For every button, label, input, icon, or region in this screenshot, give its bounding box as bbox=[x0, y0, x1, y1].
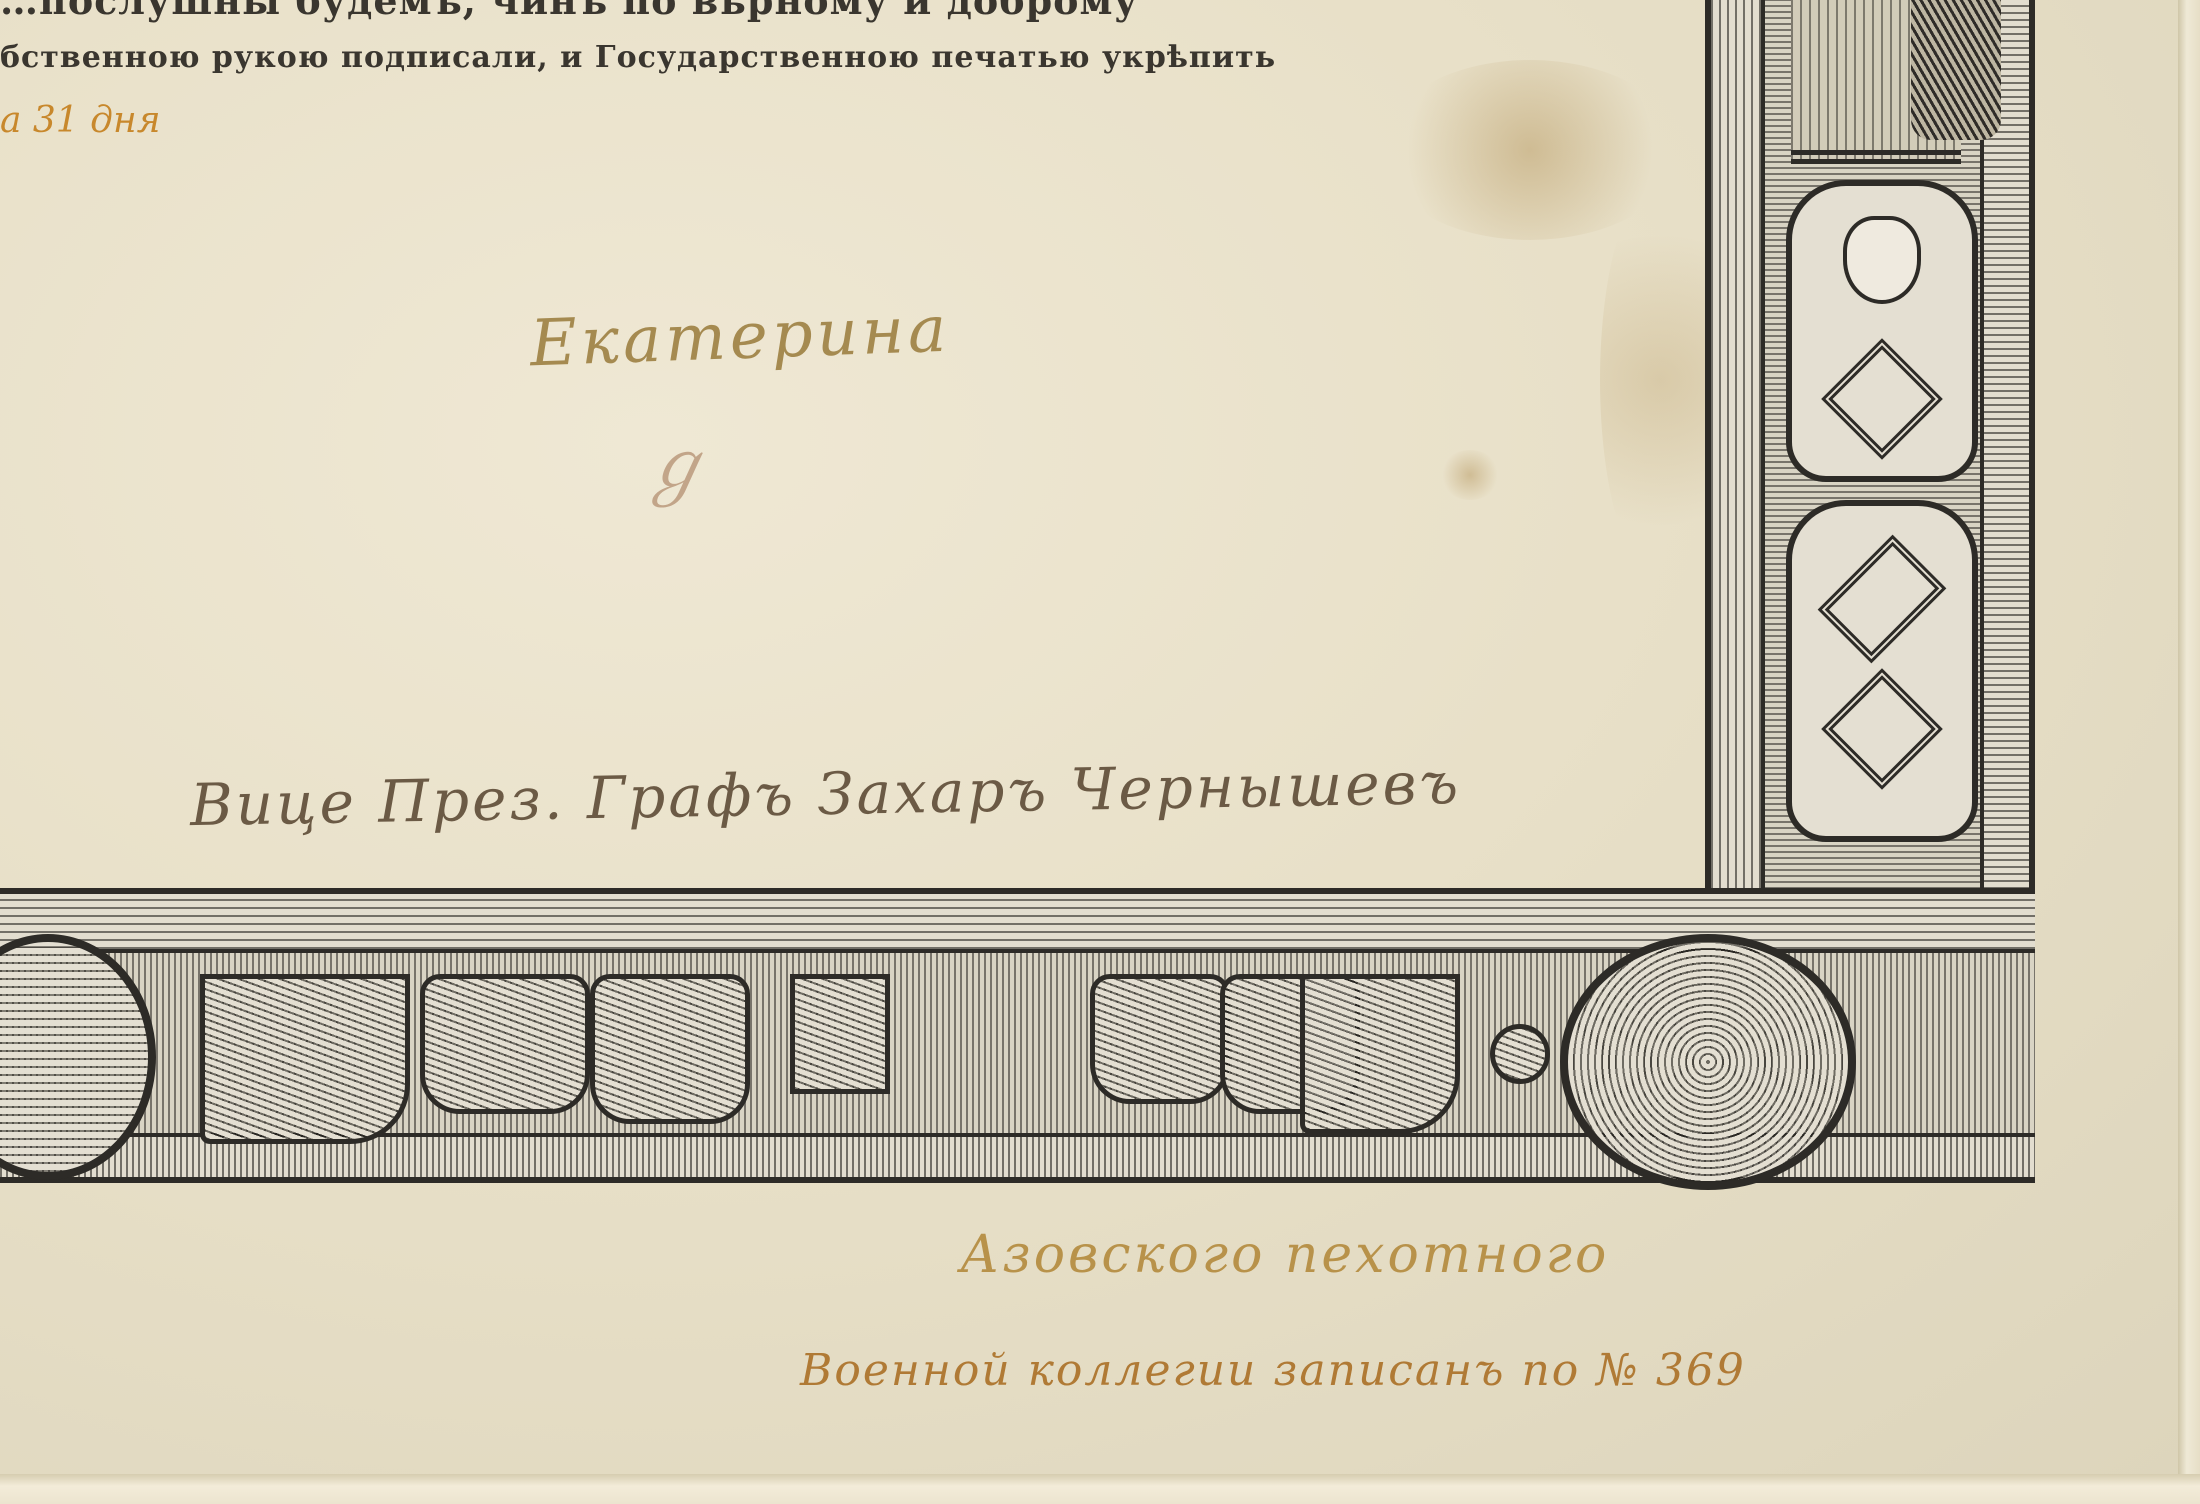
foxing-stain bbox=[1440, 450, 1500, 500]
drum-icon bbox=[590, 974, 750, 1124]
drum-icon bbox=[420, 974, 590, 1114]
printed-text-line-1: …послушны будемъ, чинъ по вѣрному и добр… bbox=[0, 0, 1139, 23]
flag-trophy-icon bbox=[1300, 974, 1460, 1134]
frame-edge-right bbox=[2178, 0, 2200, 1504]
interlace-knot-icon bbox=[1821, 338, 1943, 460]
handwritten-date: а 31 дня bbox=[0, 100, 161, 141]
empress-signature: Екатерина bbox=[529, 293, 951, 382]
monogram-icon bbox=[1818, 535, 1947, 664]
canteen-icon bbox=[790, 974, 890, 1094]
foxing-stain bbox=[1600, 180, 1720, 580]
printed-text-line-2: бственною рукою подписали, и Государстве… bbox=[0, 40, 1276, 75]
regiment-note: Азовского пехотного bbox=[960, 1225, 1609, 1285]
border-niche bbox=[1791, 0, 1961, 164]
registry-note: Военной коллегии записанъ по № 369 bbox=[800, 1345, 1746, 1396]
flag-trophy-icon bbox=[200, 974, 410, 1144]
interlace-knot-icon bbox=[1821, 668, 1943, 790]
helmet-medallion bbox=[1560, 934, 1856, 1190]
monogram-cartouche bbox=[1786, 500, 1978, 842]
count-signature: Вице През. Графъ Захаръ Чернышевъ bbox=[190, 749, 1462, 839]
bearded-mask-icon bbox=[1843, 216, 1921, 304]
signature-paraph: ℊ bbox=[640, 410, 710, 511]
parchment-document: …послушны будемъ, чинъ по вѣрному и добр… bbox=[0, 0, 2178, 1474]
heraldic-cartouche bbox=[1786, 180, 1978, 482]
cannonball-icon bbox=[1490, 1024, 1550, 1084]
frame-edge-bottom bbox=[0, 1474, 2200, 1504]
engraved-border-bottom bbox=[0, 888, 2035, 1183]
standing-figure-icon bbox=[1911, 0, 2001, 140]
drum-icon bbox=[1090, 974, 1230, 1104]
